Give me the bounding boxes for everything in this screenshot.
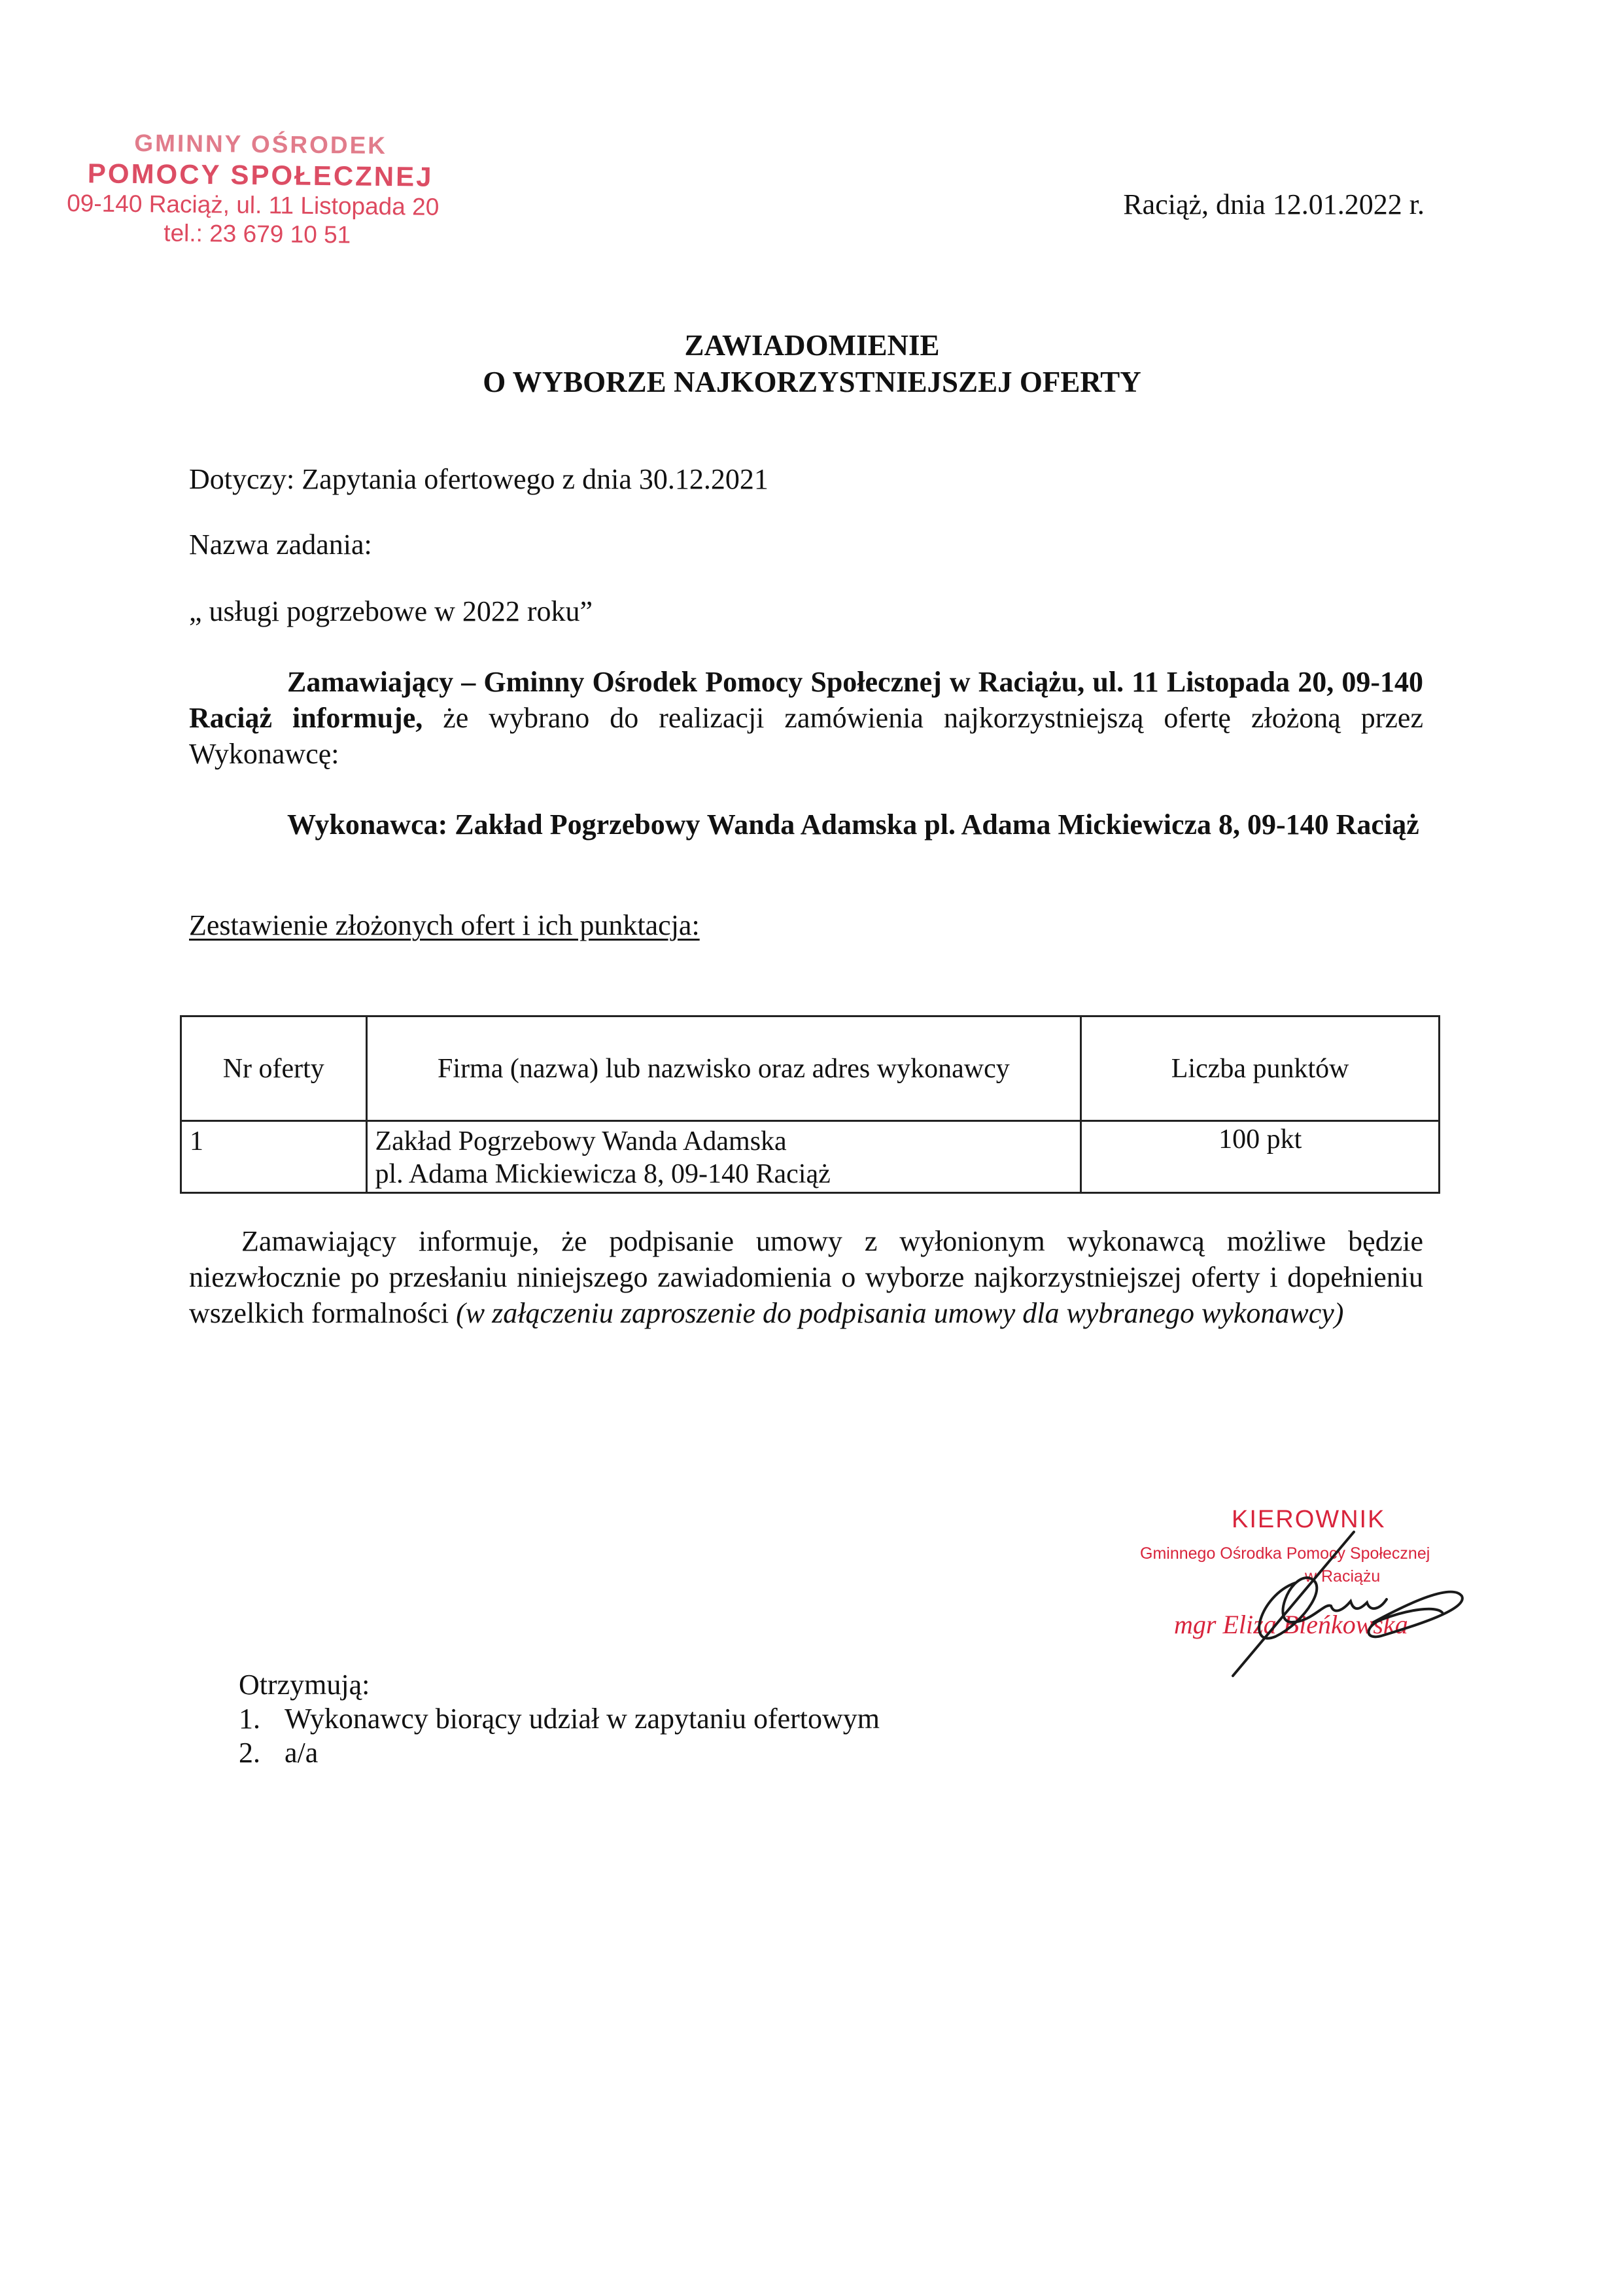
offers-table: Nr oferty Firma (nazwa) lub nazwisko ora… [180, 1015, 1440, 1194]
task-name-label: Nazwa zadania: [189, 527, 1423, 563]
signing-info-attachment-note: (w załączeniu zaproszenie do podpisania … [456, 1297, 1343, 1329]
selected-contractor-paragraph: Wykonawca: Zakład Pogrzebowy Wanda Adams… [189, 807, 1423, 842]
offers-summary-heading: Zestawienie złożonych ofert i ich punkta… [189, 907, 1423, 943]
contracting-authority-paragraph: Zamawiający – Gminny Ośrodek Pomocy Społ… [189, 664, 1423, 772]
offer-number: 1 [181, 1121, 367, 1193]
list-item-number: 1. [239, 1702, 285, 1736]
document-title: ZAWIADOMIENIE [0, 327, 1624, 364]
list-item-text: a/a [285, 1736, 318, 1770]
stamp-phone: tel.: 23 679 10 51 [71, 218, 443, 251]
task-name-value: „ usługi pogrzebowe w 2022 roku” [189, 593, 1423, 629]
table-row: 1 Zakład Pogrzebowy Wanda Adamska pl. Ad… [181, 1121, 1440, 1193]
table-header-row: Nr oferty Firma (nazwa) lub nazwisko ora… [181, 1016, 1440, 1121]
institution-stamp: GMINNY OŚRODEK POMOCY SPOŁECZNEJ 09-140 … [77, 128, 444, 251]
selected-contractor: Wykonawca: Zakład Pogrzebowy Wanda Adams… [287, 808, 1419, 841]
contractor-cell: Zakład Pogrzebowy Wanda Adamska pl. Adam… [366, 1121, 1081, 1193]
recipients-section: Otrzymują: 1. Wykonawcy biorący udział w… [239, 1668, 880, 1770]
handwritten-signature-icon [1135, 1485, 1501, 1681]
subject-line: Dotyczy: Zapytania ofertowego z dnia 30.… [189, 461, 1423, 497]
stamp-line-2: POMOCY SPOŁECZNEJ [77, 158, 443, 193]
place-and-date: Raciąż, dnia 12.01.2022 r. [1123, 188, 1425, 221]
header-offer-number: Nr oferty [181, 1016, 367, 1121]
signing-info-paragraph: Zamawiający informuje, że podpisanie umo… [189, 1223, 1423, 1331]
contractor-address: pl. Adama Mickiewicza 8, 09-140 Raciąż [375, 1158, 1080, 1190]
contractor-name: Zakład Pogrzebowy Wanda Adamska [375, 1125, 1080, 1158]
list-item-text: Wykonawcy biorący udział w zapytaniu ofe… [285, 1702, 880, 1736]
recipients-label: Otrzymują: [239, 1668, 880, 1702]
document-subtitle: O WYBORZE NAJKORZYSTNIEJSZEJ OFERTY [0, 364, 1624, 400]
header-contractor: Firma (nazwa) lub nazwisko oraz adres wy… [366, 1016, 1081, 1121]
list-item: 2. a/a [239, 1736, 880, 1770]
stamp-line-1: GMINNY OŚRODEK [77, 128, 443, 162]
list-item: 1. Wykonawcy biorący udział w zapytaniu … [239, 1702, 880, 1736]
header-points: Liczba punktów [1081, 1016, 1440, 1121]
list-item-number: 2. [239, 1736, 285, 1770]
stamp-address: 09-140 Raciąż, ul. 11 Listopada 20 [63, 189, 443, 222]
offer-points: 100 pkt [1081, 1121, 1440, 1193]
